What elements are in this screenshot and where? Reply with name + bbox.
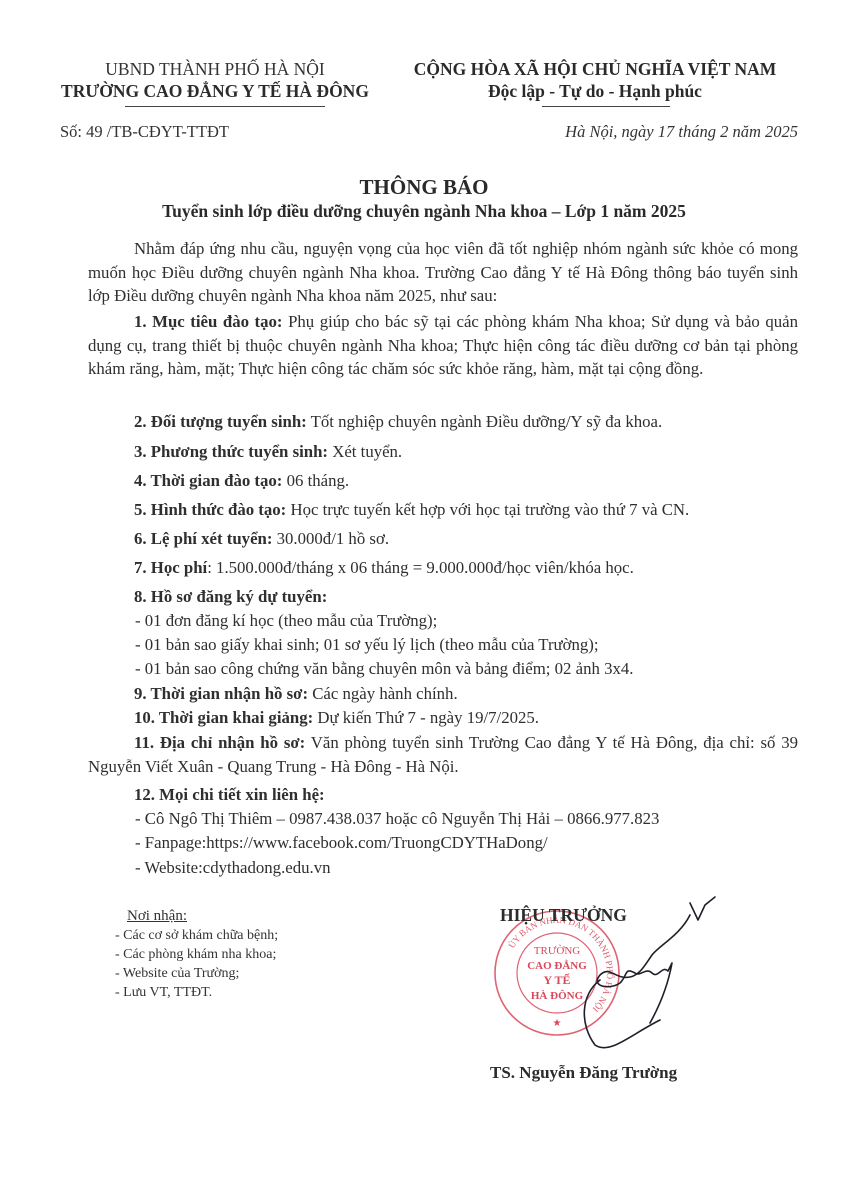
document-subtitle: Tuyển sinh lớp điều dưỡng chuyên ngành N… (0, 201, 848, 222)
item-contact: 12. Mọi chi tiết xin liên hệ: (88, 783, 798, 807)
item-text: Các ngày hành chính. (308, 684, 458, 703)
item-eligibility: 2. Đối tượng tuyển sinh: Tốt nghiệp chuy… (88, 410, 798, 434)
recipients-heading: Nơi nhận: (115, 907, 278, 926)
contact-persons: - Cô Ngô Thị Thiêm – 0987.438.037 hoặc c… (135, 807, 659, 831)
issuing-authority-block: UBND THÀNH PHỐ HÀ NỘI TRƯỜNG CAO ĐẲNG Y … (40, 58, 390, 102)
website-link[interactable]: - Website:cdythadong.edu.vn (135, 856, 330, 880)
item-training-objective: 1. Mục tiêu đào tạo: Phụ giúp cho bác sỹ… (88, 310, 798, 381)
place-date: Hà Nội, ngày 17 tháng 2 năm 2025 (470, 122, 798, 142)
item-tuition: 7. Học phí: 1.500.000đ/tháng x 06 tháng … (88, 556, 798, 580)
item-label: 8. Hồ sơ đăng ký dự tuyển: (134, 587, 327, 606)
national-header-block: CỘNG HÒA XÃ HỘI CHỦ NGHĨA VIỆT NAM Độc l… (380, 58, 810, 102)
recipient-item: - Website của Trường; (115, 964, 278, 983)
recipient-item: - Các phòng khám nha khoa; (115, 945, 278, 964)
item-duration: 4. Thời gian đào tạo: 06 tháng. (88, 469, 798, 493)
fanpage-link[interactable]: - Fanpage:https://www.facebook.com/Truon… (135, 831, 548, 855)
handwritten-signature-icon (540, 895, 720, 1055)
signer-name: TS. Nguyễn Đăng Trường (490, 1063, 677, 1083)
item-label: 3. Phương thức tuyển sinh: (134, 442, 328, 461)
item-application-documents: 8. Hồ sơ đăng ký dự tuyển: (88, 585, 798, 609)
item-text: Học trực tuyến kết hợp với học tại trườn… (286, 500, 689, 519)
nation-name: CỘNG HÒA XÃ HỘI CHỦ NGHĨA VIỆT NAM (380, 58, 810, 80)
item-text: Dự kiến Thứ 7 - ngày 19/7/2025. (313, 708, 539, 727)
item-text: 06 tháng. (282, 471, 349, 490)
item-opening-date: 10. Thời gian khai giảng: Dự kiến Thứ 7 … (88, 706, 798, 730)
item-admission-method: 3. Phương thức tuyển sinh: Xét tuyển. (88, 440, 798, 464)
item-application-fee: 6. Lệ phí xét tuyển: 30.000đ/1 hồ sơ. (88, 527, 798, 551)
recipient-item: - Các cơ sở khám chữa bệnh; (115, 926, 278, 945)
document-number: Số: 49 /TB-CĐYT-TTĐT (60, 122, 229, 142)
item-text: Xét tuyển. (328, 442, 402, 461)
authority-name: UBND THÀNH PHỐ HÀ NỘI (40, 58, 390, 80)
school-name: TRƯỜNG CAO ĐẲNG Y TẾ HÀ ĐÔNG (40, 80, 390, 102)
item-label: 5. Hình thức đào tạo: (134, 500, 286, 519)
item-text: 30.000đ/1 hồ sơ. (272, 529, 389, 548)
recipient-item: - Lưu VT, TTĐT. (115, 983, 278, 1002)
document-requirement: - 01 đơn đăng kí học (theo mẫu của Trườn… (135, 609, 437, 633)
item-label: 2. Đối tượng tuyển sinh: (134, 412, 307, 431)
national-motto: Độc lập - Tự do - Hạnh phúc (380, 80, 810, 102)
school-name-underline (125, 106, 325, 107)
item-label: 7. Học phí (134, 558, 207, 577)
item-label: 9. Thời gian nhận hồ sơ: (134, 684, 308, 703)
item-label: 1. Mục tiêu đào tạo: (134, 312, 283, 331)
item-label: 11. Địa chỉ nhận hồ sơ: (134, 733, 305, 752)
item-text: Tốt nghiệp chuyên ngành Điều dưỡng/Y sỹ … (307, 412, 662, 431)
recipients-block: Nơi nhận: - Các cơ sở khám chữa bệnh; - … (115, 907, 278, 1002)
item-label: 10. Thời gian khai giảng: (134, 708, 313, 727)
document-requirement: - 01 bản sao công chứng văn bằng chuyên … (135, 657, 633, 681)
item-label: 4. Thời gian đào tạo: (134, 471, 282, 490)
document-title: THÔNG BÁO (0, 175, 848, 200)
item-label: 6. Lệ phí xét tuyển: (134, 529, 272, 548)
item-training-format: 5. Hình thức đào tạo: Học trực tuyến kết… (88, 498, 798, 522)
item-submission-time: 9. Thời gian nhận hồ sơ: Các ngày hành c… (88, 682, 798, 706)
item-label: 12. Mọi chi tiết xin liên hệ: (134, 785, 325, 804)
document-requirement: - 01 bản sao giấy khai sinh; 01 sơ yếu l… (135, 633, 599, 657)
intro-paragraph: Nhằm đáp ứng nhu cầu, nguyện vọng của họ… (88, 237, 798, 308)
item-submission-address: 11. Địa chỉ nhận hồ sơ: Văn phòng tuyển … (88, 731, 798, 778)
item-text: : 1.500.000đ/tháng x 06 tháng = 9.000.00… (207, 558, 634, 577)
motto-underline (542, 106, 670, 107)
